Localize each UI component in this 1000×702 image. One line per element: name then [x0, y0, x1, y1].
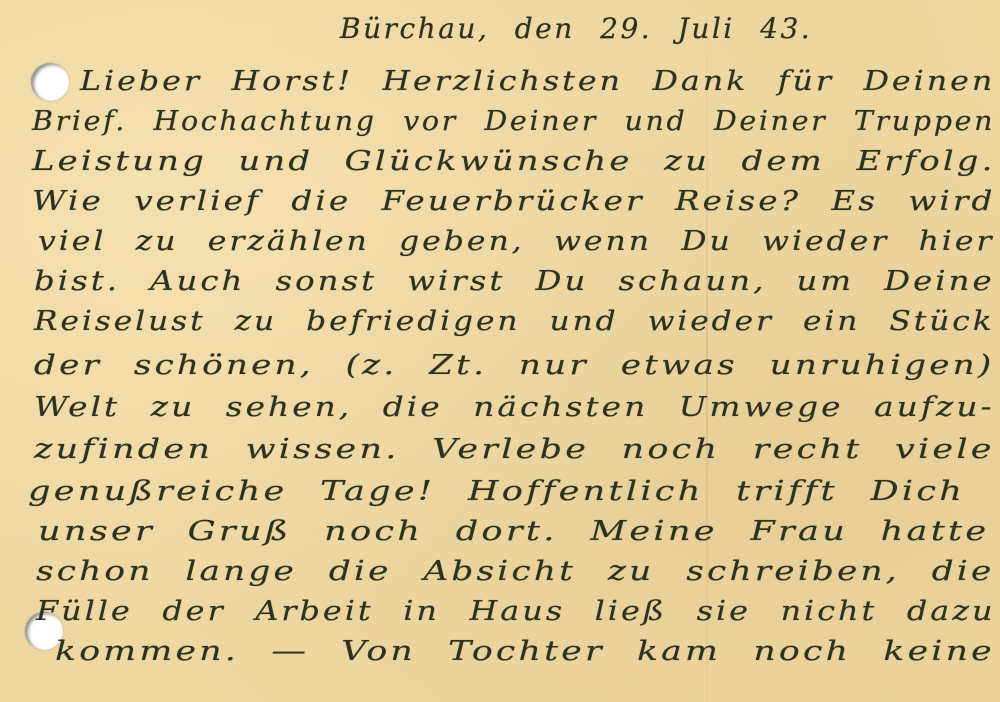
letter-page: Bürchau, den 29. Juli 43. Lieber Horst! … — [0, 0, 1000, 702]
letter-line: Fülle der Arbeit in Haus ließ sie nicht … — [36, 596, 995, 627]
letter-dateline: Bürchau, den 29. Juli 43. — [340, 12, 812, 45]
letter-line: genußreiche Tage! Hoffentlich trifft Dic… — [28, 476, 965, 507]
letter-line: kommen. — Von Tochter kam noch keine — [55, 636, 995, 667]
letter-line: viel zu erzählen geben, wenn Du wieder h… — [38, 226, 994, 257]
punch-hole-top — [31, 63, 69, 101]
letter-line: der schönen, (z. Zt. nur etwas unruhigen… — [34, 350, 994, 381]
letter-line: Leistung und Glückwünsche zu dem Erfolg. — [32, 146, 996, 177]
letter-line: unser Gruß noch dort. Meine Frau hatte — [38, 516, 989, 547]
letter-line: zufinden wissen. Verlebe noch recht viel… — [34, 434, 995, 465]
letter-line: Brief. Hochachtung vor Deiner und Deiner… — [32, 106, 995, 137]
letter-line: bist. Auch sonst wirst Du schaun, um Dei… — [34, 266, 995, 297]
letter-line: Welt zu sehen, die nächsten Umwege aufzu… — [34, 392, 995, 423]
letter-line: Reiselust zu befriedigen und wieder ein … — [34, 306, 995, 337]
letter-line: schon lange die Absicht zu schreiben, di… — [36, 556, 994, 587]
letter-line: Lieber Horst! Herzlichsten Dank für Dein… — [80, 66, 995, 97]
letter-line: Wie verlief die Feuerbrücker Reise? Es w… — [32, 186, 995, 217]
